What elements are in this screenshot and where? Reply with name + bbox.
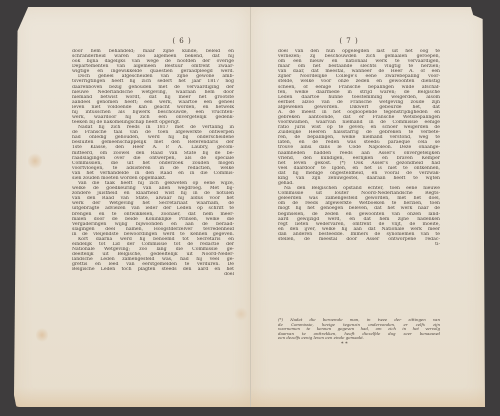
- text-line: stellen, de meestal door Asser ontworpen…: [278, 237, 440, 242]
- page-number: ( 7 ): [251, 37, 485, 45]
- text-line: king van zijn zenuwgestel, daaraan heeft…: [278, 176, 440, 181]
- text-line: raadslagingen over die ontwerpen, als de…: [72, 156, 234, 161]
- text-line: fen, welke daarmede in strijd waren; de …: [278, 90, 440, 95]
- text-line: brengen en te ontwikkelen, zoonaer, dat …: [72, 212, 234, 217]
- signature-mark: * *: [341, 341, 348, 347]
- book-spread: ( 6 ) door hem behandeld; maar zijne kun…: [14, 7, 484, 407]
- text-line: uitgebragte adviezen van ieder der Leden…: [72, 206, 234, 211]
- text-line: daarenboven bezig gehouden met de vervaa…: [72, 85, 234, 90]
- paper-edge-discoloration: [14, 387, 250, 407]
- foxing-stain: [36, 327, 48, 343]
- text-line: naamheden hadden reeds aan Asser's onver…: [278, 151, 440, 156]
- text-line: mogt hij het genoegen beleven, dat het w…: [278, 206, 440, 211]
- foxing-stain: [28, 152, 42, 170]
- catchword: doel: [72, 272, 234, 277]
- right-page-body-text: doel van den hun opgelegden last uit het…: [278, 49, 440, 247]
- text-line: nieuwe Nederlandsche wetgeving, waaraan …: [72, 90, 234, 95]
- paper-edge-discoloration: [251, 387, 485, 407]
- text-line: trouve ainsi dans le Code Napoléon. Deze…: [278, 145, 440, 150]
- text-line: tsverrigtingen heeft hij zich sedert het…: [72, 79, 234, 84]
- text-line: stelde, welke voor onze zeden en gewoont…: [278, 79, 440, 84]
- footnote: (*) Nadat die beroemde man, in twee der …: [278, 318, 440, 341]
- catchword: ti-: [278, 242, 440, 247]
- left-page: ( 6 ) door hem behandeld; maar zijne kun…: [14, 7, 250, 407]
- text-line: regt lieten wedervaren, omtrent de vlijt…: [278, 222, 440, 227]
- right-page: ( 7 ) doel van den hun opgelegden last u…: [250, 7, 485, 407]
- text-line: malen door de beide Koninklijke Prinsen,…: [72, 217, 234, 222]
- left-page-body-text: door hem behandeld; maar zijne kunde, be…: [72, 49, 234, 278]
- text-line: vriend, den kundigen, eerlijken en brave…: [278, 156, 440, 161]
- text-line: scheen, of eenige Fransche bepalingen wi…: [278, 85, 440, 90]
- text-line: Belgische Leden toch plagten steeds den …: [72, 267, 234, 272]
- text-line: Vergaderingen wijlig bijwoonden en aan d…: [72, 222, 234, 227]
- text-line: een dezelfs eenig leven een einde gemaak…: [278, 336, 440, 341]
- text-line: mitteerd, om zoowel den Raad van State b…: [72, 151, 234, 156]
- text-line: aard gewijzigd werd, en dat hem zijne na…: [278, 217, 440, 222]
- text-line: beginselen, de zeden en gewoonten van on…: [278, 212, 440, 217]
- page-number: ( 6 ): [14, 37, 250, 45]
- foxing-stain: [234, 307, 248, 321]
- text-line: 1ste Klasse, den Heer A. P. A. Laubry, g…: [72, 145, 234, 150]
